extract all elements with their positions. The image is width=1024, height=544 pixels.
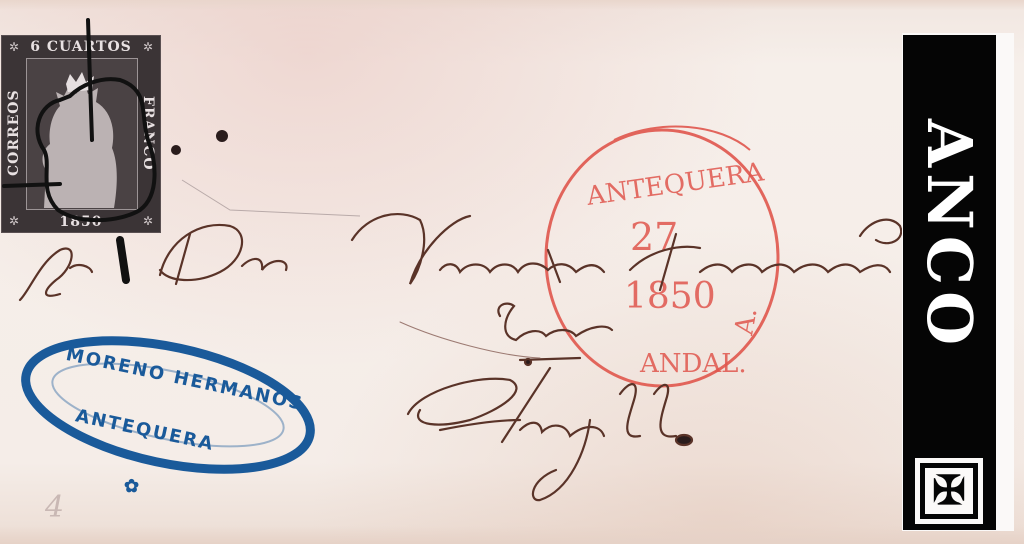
- postmark-year: 1850: [624, 276, 716, 317]
- black-cancel-mark: [4, 20, 155, 280]
- svg-text:✿: ✿: [124, 476, 139, 497]
- cross-emblem-icon: ✠: [925, 468, 973, 514]
- cover-markings: ANTEQUERA 27 1850 ANDAL. A. MORENO HERMA…: [0, 0, 1024, 544]
- ink-blot: [216, 130, 228, 142]
- blue-oval-handstamp: MORENO HERMANOS ANTEQUERA: [14, 318, 322, 492]
- svg-text:A.: A.: [729, 305, 763, 338]
- pencil-note: 4: [45, 490, 64, 525]
- franco-label-text: ANCO: [903, 35, 996, 435]
- franco-emblem: ✠: [915, 458, 983, 524]
- postmark-region: ANDAL.: [639, 349, 747, 379]
- postmark-town-text: ANTEQUERA: [584, 157, 767, 212]
- postal-cover: ✲ ✲ ✲ ✲ 6 CUARTOS CORREOS FRANCO 1850: [0, 0, 1024, 544]
